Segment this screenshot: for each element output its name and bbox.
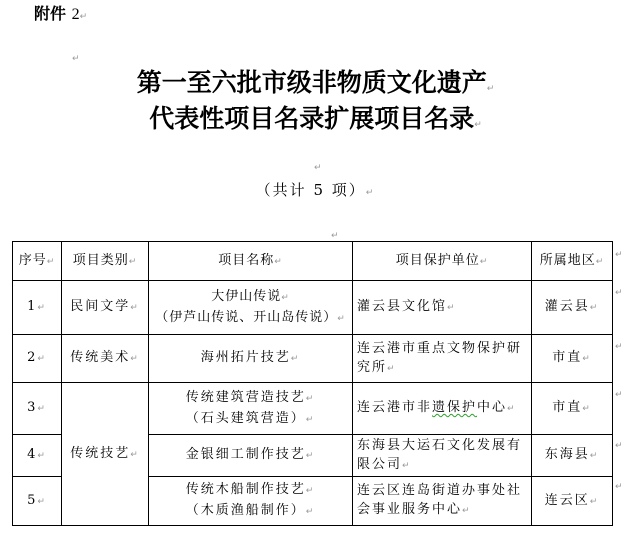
cell-region: 连云区↵ [532, 477, 613, 526]
row-end-mark-icon: ↵ [615, 482, 623, 492]
cell-unit: 灌云县文化馆↵ [353, 281, 532, 335]
cell-region: 东海县↵ [532, 435, 613, 477]
cell-unit: 连云港市非遗保护中心↵ [353, 383, 532, 435]
empty-paragraph: ↵ [72, 46, 80, 65]
cell-region: 市直↵ [532, 383, 613, 435]
paragraph-mark-icon: ↵ [474, 120, 482, 130]
document-title-line-2: 代表性项目名录扩展项目名录↵ [0, 104, 631, 140]
table-row: 3↵ 传统技艺↵ 传统建筑营造技艺↵ （石头建筑营造）↵ 连云港市非遗保护中心↵… [13, 383, 613, 435]
heritage-list-table: 序号↵ 项目类别↵ 项目名称↵ 项目保护单位↵ 所属地区↵ 1↵ 民间文学↵ 大… [12, 241, 613, 526]
row-end-mark-icon: ↵ [615, 342, 623, 352]
cell-category-merged: 传统技艺↵ [62, 383, 149, 526]
attachment-text: 附件 [34, 4, 66, 23]
header-num: 序号↵ [13, 242, 62, 281]
document-subtitle: （共计 5 项）↵ [0, 180, 631, 203]
cell-region: 灌云县↵ [532, 281, 613, 335]
paragraph-mark-icon: ↵ [480, 257, 489, 267]
cell-unit: 东海县大运石文化发展有 限公司↵ [353, 435, 532, 477]
empty-paragraph: ↵ [331, 223, 339, 242]
cell-category: 传统美术↵ [62, 335, 149, 383]
header-name: 项目名称↵ [149, 242, 353, 281]
paragraph-mark-icon: ↵ [366, 188, 376, 198]
empty-paragraph: ↵ [314, 155, 322, 174]
title-line-1-text: 第一至六批市级非物质文化遗产 [137, 68, 487, 97]
header-category: 项目类别↵ [62, 242, 149, 281]
paragraph-mark-icon: ↵ [331, 231, 339, 241]
paragraph-mark-icon: ↵ [47, 257, 56, 267]
attachment-number: 2 [72, 6, 80, 23]
cell-name: 海州拓片技艺↵ [149, 335, 353, 383]
title-line-2-text: 代表性项目名录扩展项目名录 [149, 104, 474, 133]
cell-unit: 连云区连岛街道办事处社 会事业服务中心↵ [353, 477, 532, 526]
subtitle-text: （共计 5 项） [256, 181, 366, 199]
cell-name: 大伊山传说↵ （伊芦山传说、开山岛传说）↵ [149, 281, 353, 335]
cell-num: 2↵ [13, 335, 62, 383]
cell-num: 3↵ [13, 383, 62, 435]
paragraph-mark-icon: ↵ [80, 12, 88, 22]
paragraph-mark-icon: ↵ [274, 257, 283, 267]
table-row: 2↵ 传统美术↵ 海州拓片技艺↵ 连云港市重点文物保护研 究所↵ 市直↵ [13, 335, 613, 383]
cell-unit: 连云港市重点文物保护研 究所↵ [353, 335, 532, 383]
attachment-label: 附件 2↵ [34, 4, 87, 27]
cell-num: 5↵ [13, 477, 62, 526]
row-end-mark-icon: ↵ [615, 390, 623, 400]
paragraph-mark-icon: ↵ [314, 163, 322, 173]
header-region: 所属地区↵ [532, 242, 613, 281]
cell-region: 市直↵ [532, 335, 613, 383]
cell-name: 金银细工制作技艺↵ [149, 435, 353, 477]
document-title-line-1: 第一至六批市级非物质文化遗产↵ [0, 68, 631, 104]
cell-num: 1↵ [13, 281, 62, 335]
cell-name: 传统建筑营造技艺↵ （石头建筑营造）↵ [149, 383, 353, 435]
table-header-row: 序号↵ 项目类别↵ 项目名称↵ 项目保护单位↵ 所属地区↵ [13, 242, 613, 281]
paragraph-mark-icon: ↵ [129, 257, 138, 267]
paragraph-mark-icon: ↵ [487, 84, 495, 94]
cell-category: 民间文学↵ [62, 281, 149, 335]
cell-name: 传统木船制作技艺↵ （木质渔船制作）↵ [149, 477, 353, 526]
spellcheck-flag[interactable]: 遗保护 [432, 400, 477, 415]
table-row: 1↵ 民间文学↵ 大伊山传说↵ （伊芦山传说、开山岛传说）↵ 灌云县文化馆↵ 灌… [13, 281, 613, 335]
row-end-mark-icon: ↵ [615, 288, 623, 298]
paragraph-mark-icon: ↵ [596, 257, 605, 267]
header-unit: 项目保护单位↵ [353, 242, 532, 281]
row-end-mark-icon: ↵ [615, 441, 623, 451]
paragraph-mark-icon: ↵ [72, 54, 80, 64]
row-end-mark-icon: ↵ [615, 250, 623, 260]
cell-num: 4↵ [13, 435, 62, 477]
